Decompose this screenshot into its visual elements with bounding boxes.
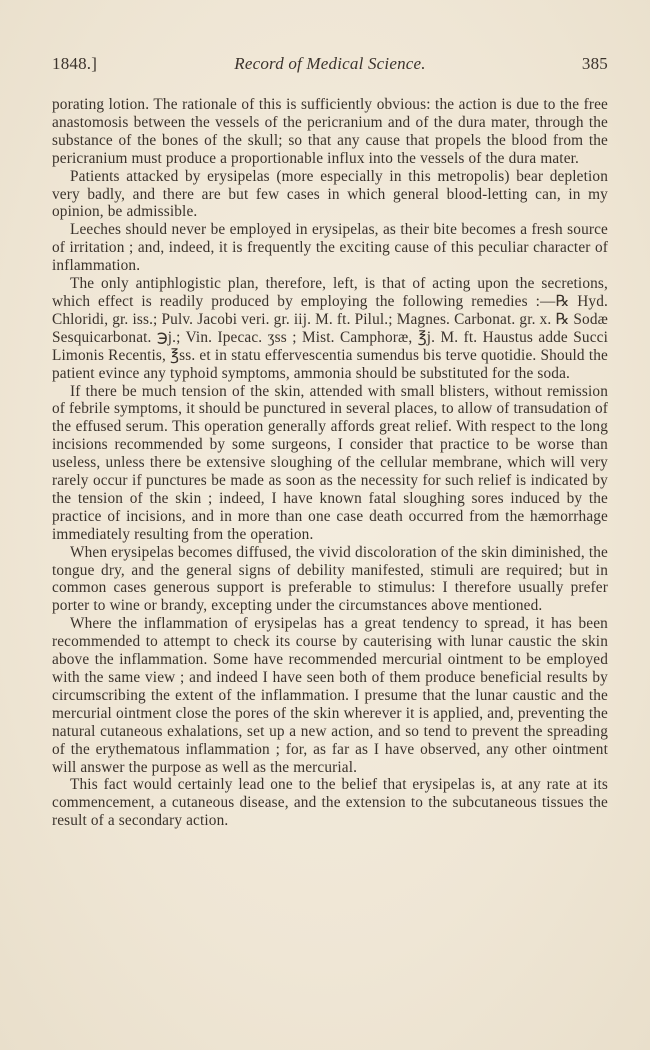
running-head-title: Record of Medical Science. bbox=[52, 54, 608, 74]
paragraph: Where the inflammation of erysipelas has… bbox=[52, 615, 608, 776]
page-number: 385 bbox=[582, 54, 608, 74]
paragraph: When erysipelas becomes diffused, the vi… bbox=[52, 544, 608, 616]
paragraph-prescription: The only antiphlogistic plan, therefore,… bbox=[52, 275, 608, 382]
running-head: 1848.] Record of Medical Science. 385 bbox=[52, 52, 608, 76]
paragraph: If there be much tension of the skin, at… bbox=[52, 383, 608, 544]
body-text: porating lotion. The rationale of this i… bbox=[52, 96, 608, 830]
paragraph: Leeches should never be employed in erys… bbox=[52, 221, 608, 275]
paragraph: This fact would certainly lead one to th… bbox=[52, 776, 608, 830]
book-page: 1848.] Record of Medical Science. 385 po… bbox=[52, 52, 608, 830]
paragraph: Patients attacked by erysipelas (more es… bbox=[52, 168, 608, 222]
paragraph-continued: porating lotion. The rationale of this i… bbox=[52, 96, 608, 168]
